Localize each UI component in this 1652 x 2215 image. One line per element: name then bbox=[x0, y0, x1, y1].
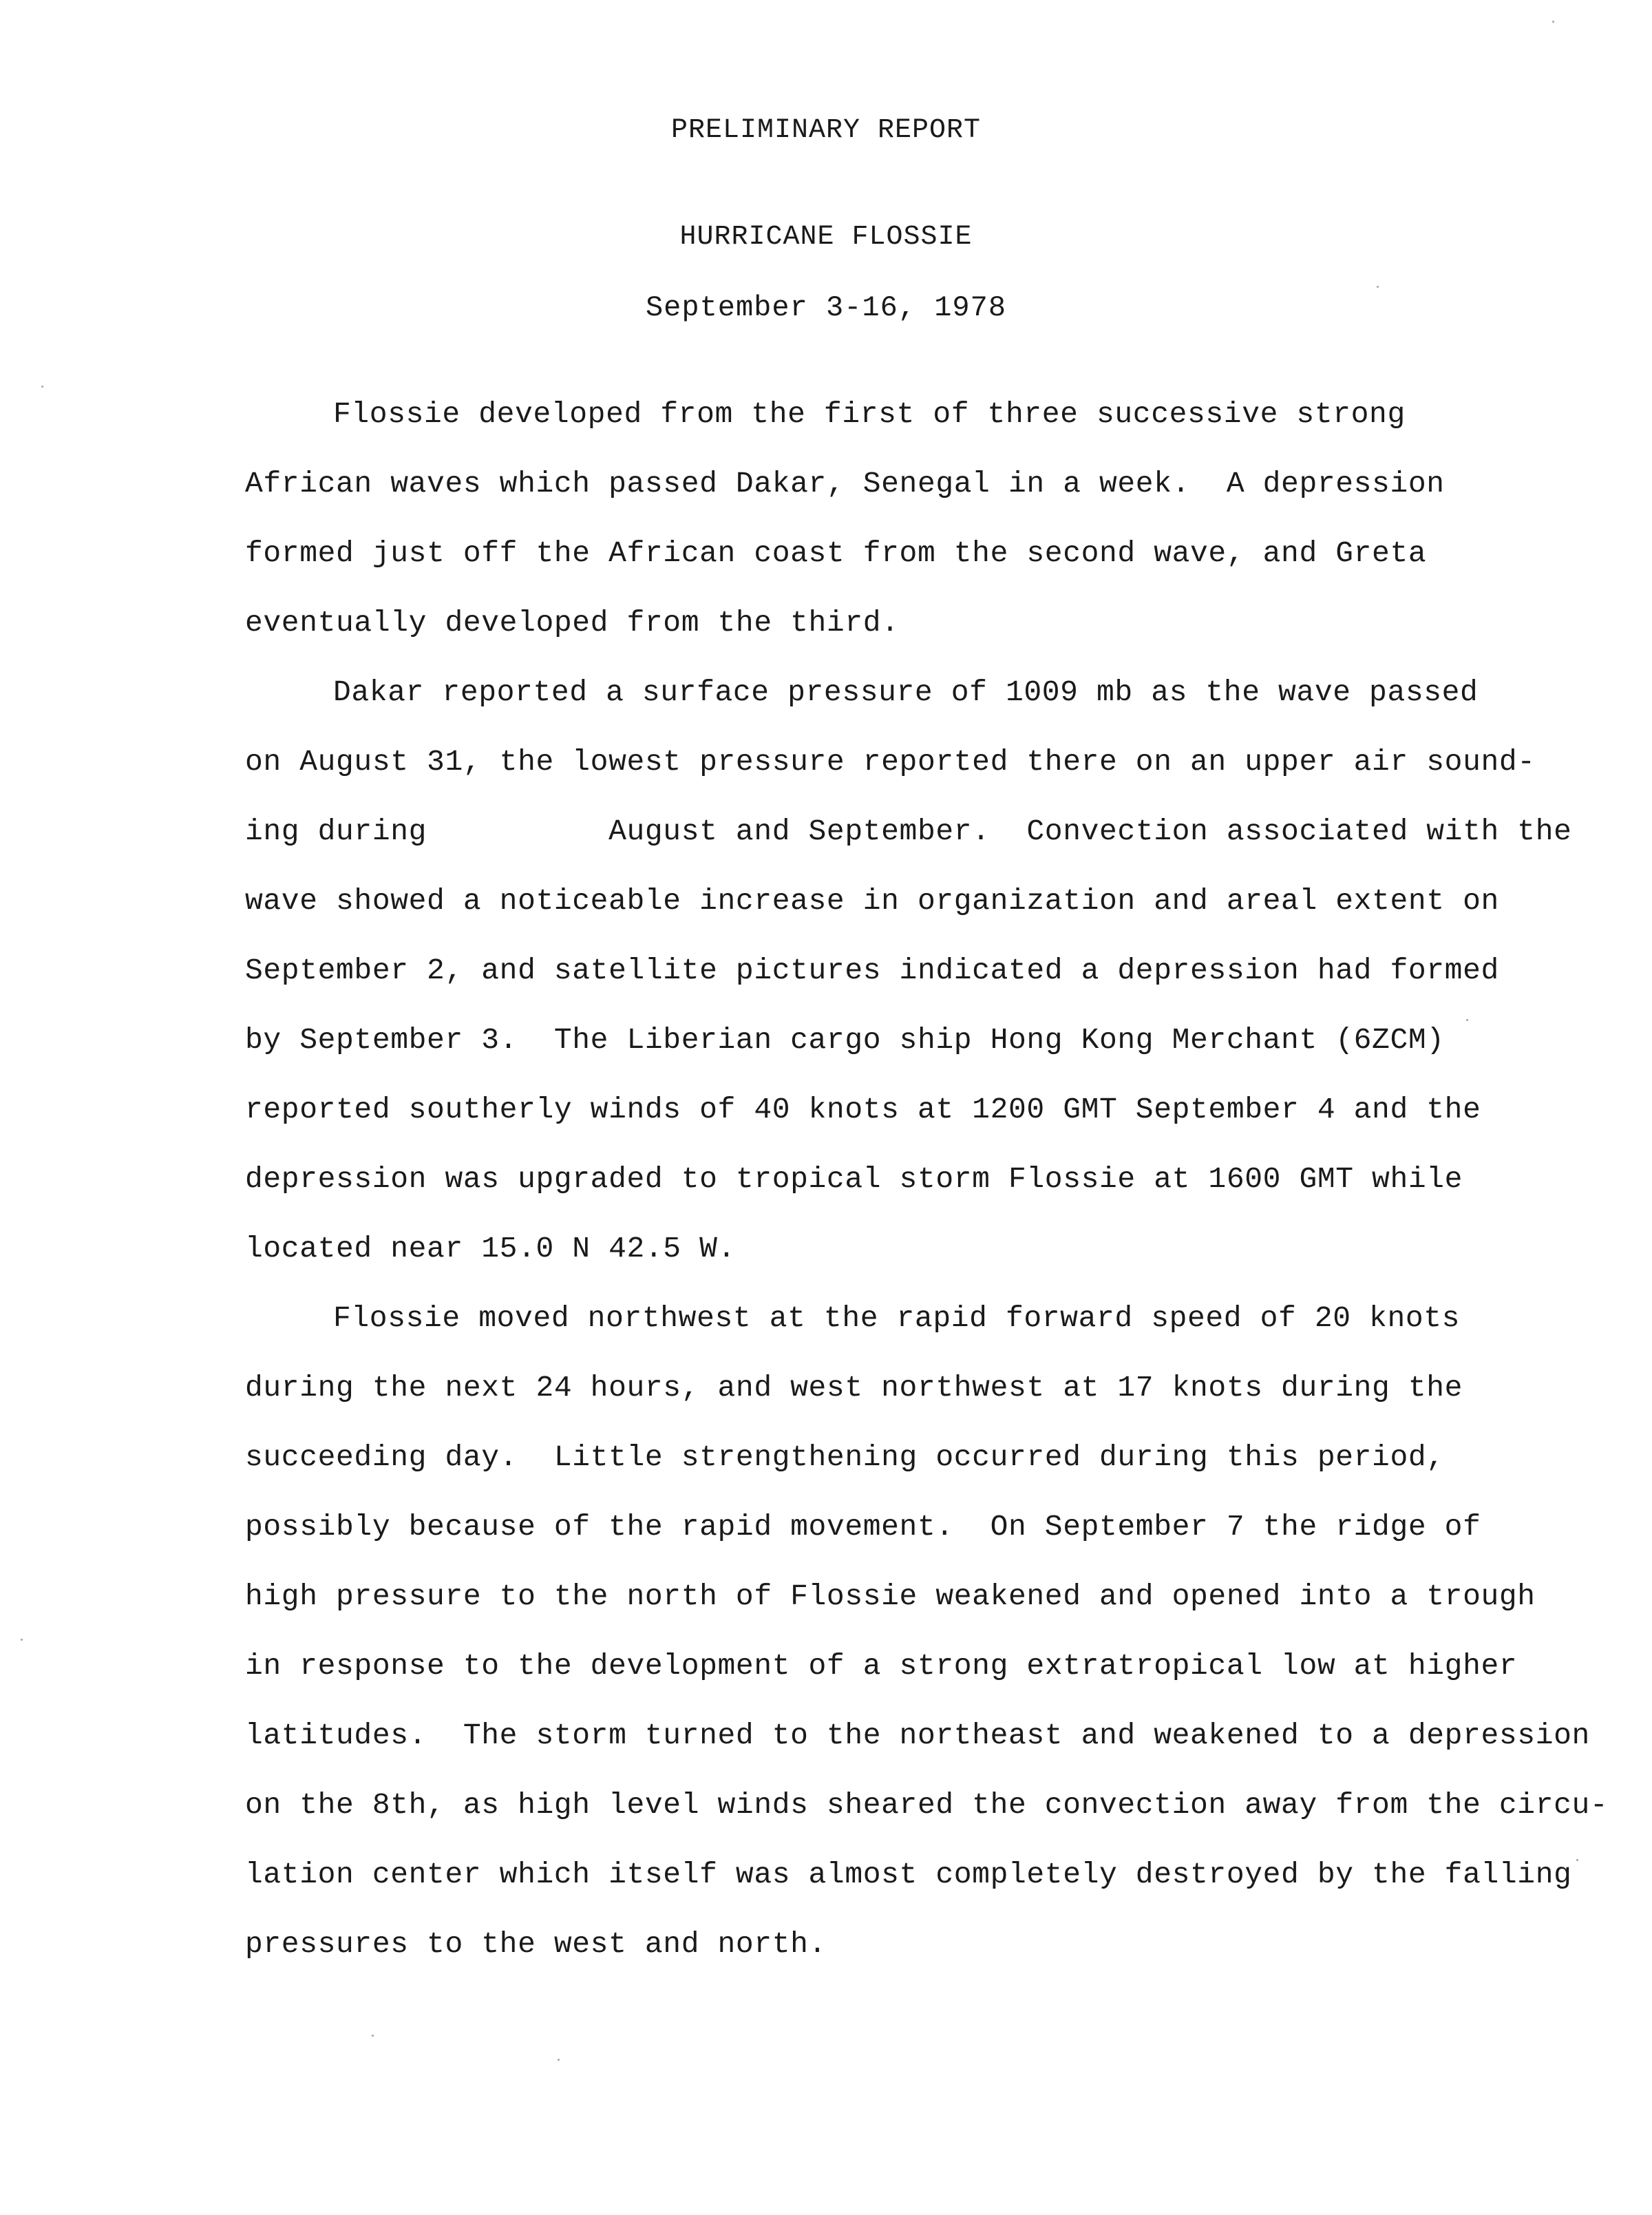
scan-speck bbox=[1552, 21, 1554, 23]
scan-speck bbox=[558, 2059, 560, 2061]
paragraph-line: Flossie developed from the first of thre… bbox=[333, 399, 1406, 429]
paragraph-line: depression was upgraded to tropical stor… bbox=[245, 1164, 1463, 1194]
document-page: PRELIMINARY REPORT HURRICANE FLOSSIE Sep… bbox=[0, 0, 1652, 2215]
scan-speck bbox=[41, 386, 43, 388]
paragraph-line: lation center which itself was almost co… bbox=[245, 1860, 1572, 1889]
scan-speck bbox=[21, 1639, 23, 1641]
scan-speck bbox=[1377, 286, 1379, 288]
paragraph-line: succeeding day. Little strengthening occ… bbox=[245, 1442, 1445, 1472]
paragraph-line: Dakar reported a surface pressure of 100… bbox=[333, 678, 1478, 707]
paragraph-line: eventually developed from the third. bbox=[245, 608, 900, 638]
paragraph-line: reported southerly winds of 40 knots at … bbox=[245, 1095, 1481, 1124]
date-range: September 3-16, 1978 bbox=[0, 293, 1652, 322]
paragraph-line: possibly because of the rapid movement. … bbox=[245, 1512, 1481, 1542]
paragraph-line: September 2, and satellite pictures indi… bbox=[245, 956, 1499, 985]
report-title: PRELIMINARY REPORT bbox=[0, 117, 1652, 145]
paragraph-line: on August 31, the lowest pressure report… bbox=[245, 747, 1536, 777]
scan-speck bbox=[1576, 1859, 1578, 1861]
paragraph-line: Flossie moved northwest at the rapid for… bbox=[333, 1303, 1460, 1333]
paragraph-line: during the next 24 hours, and west north… bbox=[245, 1373, 1463, 1403]
paragraph-line: pressures to the west and north. bbox=[245, 1929, 827, 1959]
paragraph-line: wave showed a noticeable increase in org… bbox=[245, 886, 1499, 916]
paragraph-line: African waves which passed Dakar, Senega… bbox=[245, 469, 1445, 498]
paragraph-line: formed just off the African coast from t… bbox=[245, 538, 1426, 568]
paragraph-line: latitudes. The storm turned to the north… bbox=[245, 1721, 1590, 1750]
paragraph-line: in response to the development of a stro… bbox=[245, 1651, 1517, 1681]
storm-name: HURRICANE FLOSSIE bbox=[0, 224, 1652, 251]
paragraph-line: by September 3. The Liberian cargo ship … bbox=[245, 1025, 1445, 1055]
scan-speck bbox=[1466, 1019, 1468, 1021]
paragraph-line: located near 15.0 N 42.5 W. bbox=[245, 1234, 736, 1263]
paragraph-line: high pressure to the north of Flossie we… bbox=[245, 1582, 1536, 1611]
paragraph-line: on the 8th, as high level winds sheared … bbox=[245, 1790, 1608, 1820]
scan-speck bbox=[372, 2035, 374, 2037]
paragraph-line: ing during August and September. Convect… bbox=[245, 817, 1572, 846]
